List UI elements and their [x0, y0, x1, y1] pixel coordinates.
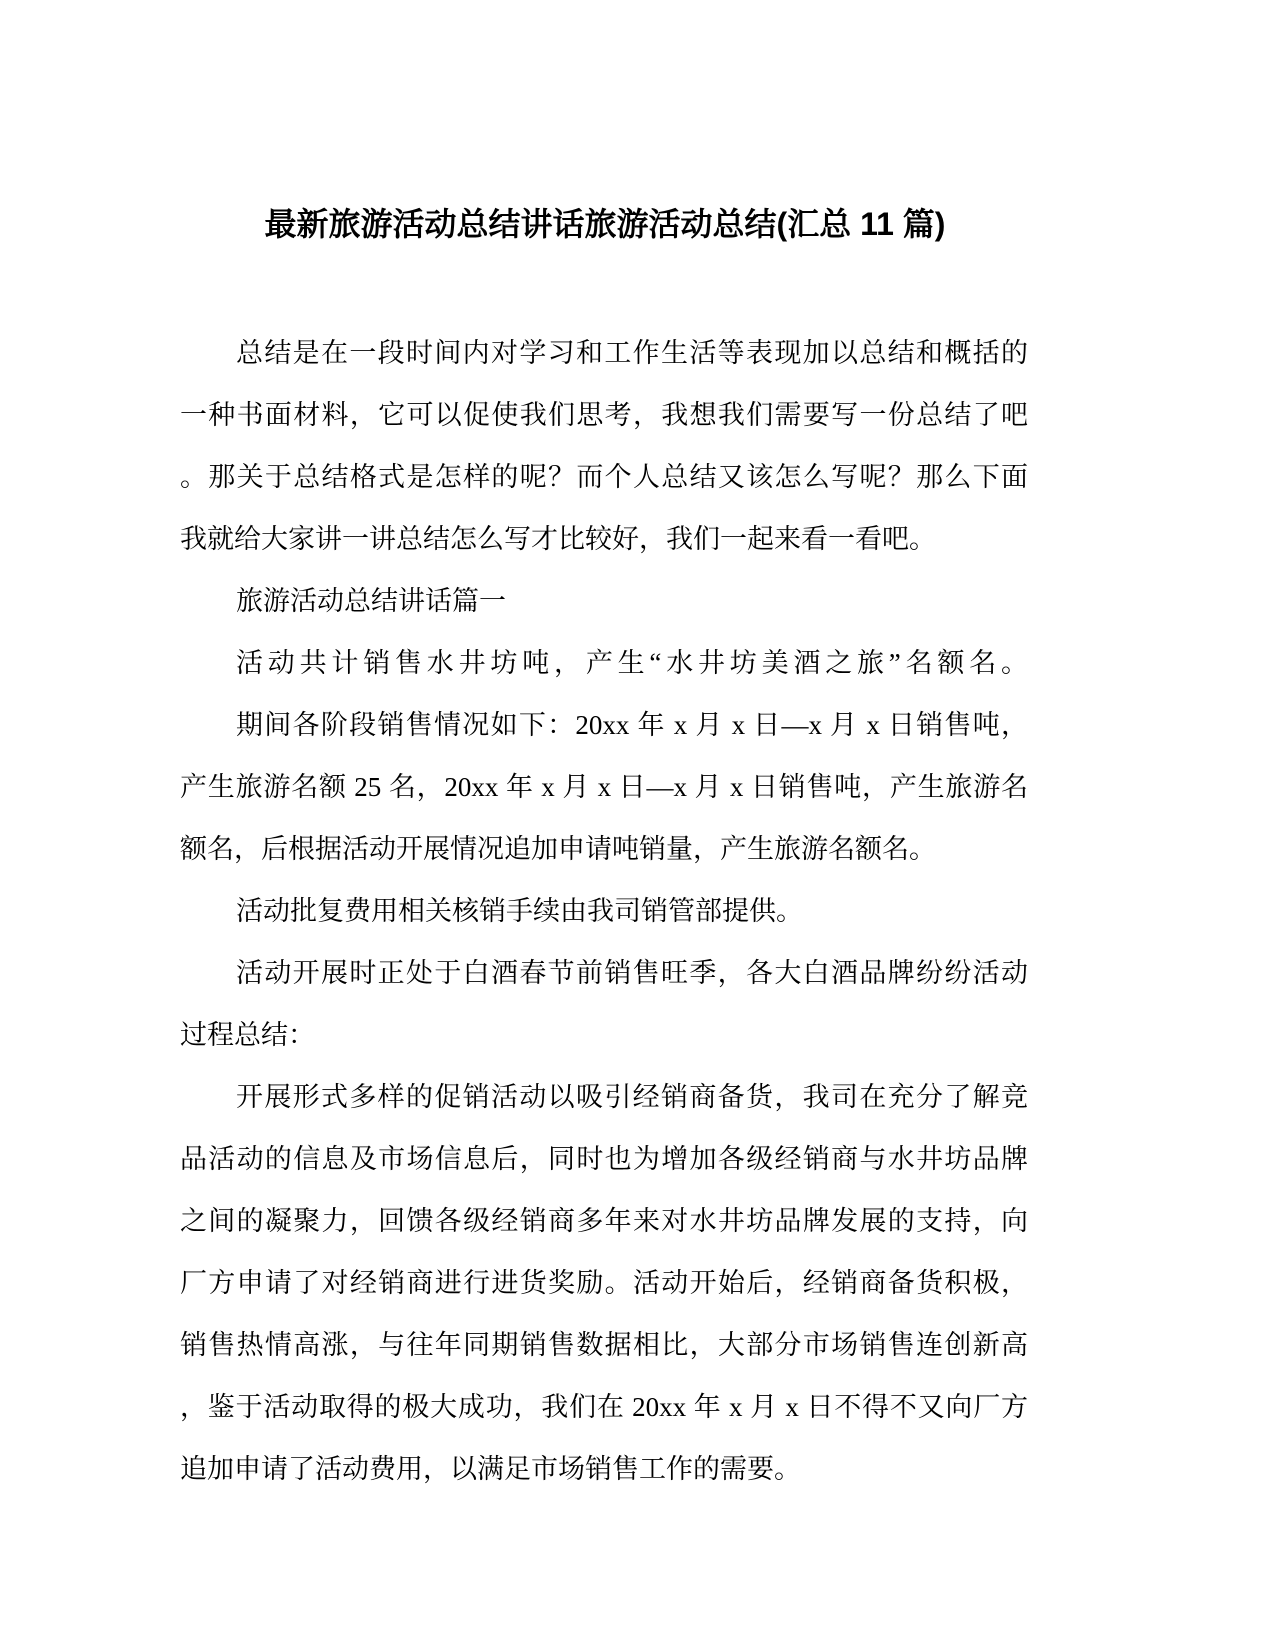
text-line: 厂方申请了对经销商进行进货奖励。活动开始后，经销商备货积极， [180, 1252, 1028, 1314]
document-page: 最新旅游活动总结讲话旅游活动总结(汇总 11 篇) 总结是在一段时间内对学习和工… [0, 0, 1275, 1650]
text-line: 期间各阶段销售情况如下：20xx 年 x 月 x 日—x 月 x 日销售吨， [180, 694, 1028, 756]
text-line: 开展形式多样的促销活动以吸引经销商备货，我司在充分了解竞 [180, 1066, 1028, 1128]
document-body: 总结是在一段时间内对学习和工作生活等表现加以总结和概括的一种书面材料，它可以促使… [180, 322, 1028, 1500]
text-line: 之间的凝聚力，回馈各级经销商多年来对水井坊品牌发展的支持，向 [180, 1190, 1028, 1252]
text-line: 总结是在一段时间内对学习和工作生活等表现加以总结和概括的 [180, 322, 1028, 384]
text-line: 额名，后根据活动开展情况追加申请吨销量，产生旅游名额名。 [180, 818, 1028, 880]
text-line: 。那关于总结格式是怎样的呢？而个人总结又该怎么写呢？那么下面 [180, 446, 1028, 508]
text-line: 活动共计销售水井坊吨，产生“水井坊美酒之旅”名额名。 [180, 632, 1028, 694]
text-line: 我就给大家讲一讲总结怎么写才比较好，我们一起来看一看吧。 [180, 508, 1028, 570]
text-line: ，鉴于活动取得的极大成功，我们在 20xx 年 x 月 x 日不得不又向厂方 [180, 1376, 1028, 1438]
text-line: 销售热情高涨，与往年同期销售数据相比，大部分市场销售连创新高 [180, 1314, 1028, 1376]
text-line: 产生旅游名额 25 名，20xx 年 x 月 x 日—x 月 x 日销售吨，产生… [180, 756, 1028, 818]
text-line: 一种书面材料，它可以促使我们思考，我想我们需要写一份总结了吧 [180, 384, 1028, 446]
text-line: 活动批复费用相关核销手续由我司销管部提供。 [180, 880, 1028, 942]
text-line: 旅游活动总结讲话篇一 [180, 570, 1028, 632]
document-title: 最新旅游活动总结讲话旅游活动总结(汇总 11 篇) [0, 0, 1275, 246]
text-line: 品活动的信息及市场信息后，同时也为增加各级经销商与水井坊品牌 [180, 1128, 1028, 1190]
text-line: 活动开展时正处于白酒春节前销售旺季，各大白酒品牌纷纷活动 [180, 942, 1028, 1004]
text-line: 追加申请了活动费用，以满足市场销售工作的需要。 [180, 1438, 1028, 1500]
text-line: 过程总结： [180, 1004, 1028, 1066]
